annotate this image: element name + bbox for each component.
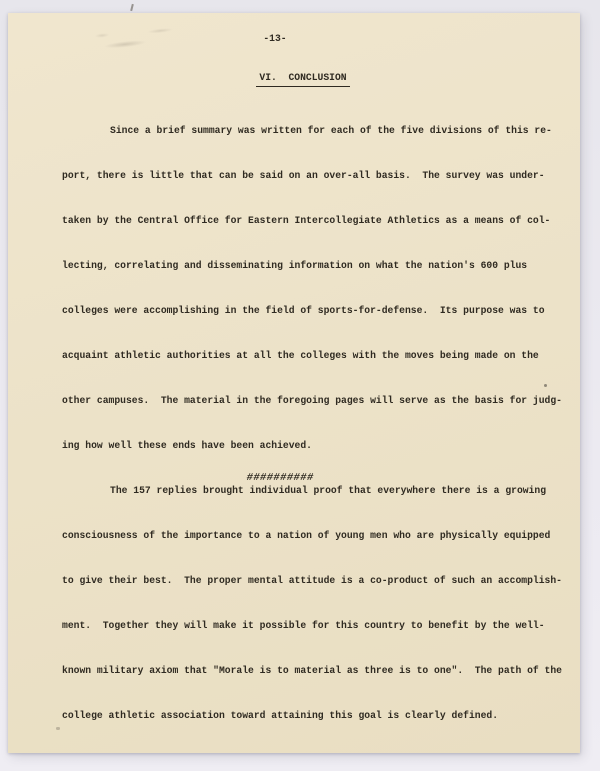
section-heading-row: VI. CONCLUSION [17, 67, 589, 87]
text-line: consciousness of the importance to a nat… [62, 524, 570, 547]
text-line: Since a brief summary was written for ea… [62, 119, 570, 142]
text-line: other campuses. The material in the fore… [62, 389, 570, 412]
text-line: known military axiom that "Morale is to … [62, 659, 570, 682]
text-line: ing how well these ends have been achiev… [62, 434, 570, 457]
page-number: -13- [0, 33, 561, 44]
text-line: to give their best. The proper mental at… [62, 569, 570, 592]
document-page: -13- VI. CONCLUSION Since a brief summar… [8, 13, 580, 753]
text-line: college athletic association toward atta… [62, 704, 570, 727]
document-body: Since a brief summary was written for ea… [62, 97, 570, 749]
end-of-section-mark: ########## [0, 472, 567, 484]
text-line: ment. Together they will make it possibl… [62, 614, 570, 637]
stray-mark [130, 4, 134, 11]
text-line: lecting, correlating and disseminating i… [62, 254, 570, 277]
text-line: port, there is little that can be said o… [62, 164, 570, 187]
ink-speck [56, 727, 60, 730]
text-line: acquaint athletic authorities at all the… [62, 344, 570, 367]
text-line: taken by the Central Office for Eastern … [62, 209, 570, 232]
section-heading: VI. CONCLUSION [256, 72, 349, 87]
text-line: colleges were accomplishing in the field… [62, 299, 570, 322]
scan-background: -13- VI. CONCLUSION Since a brief summar… [0, 0, 600, 771]
